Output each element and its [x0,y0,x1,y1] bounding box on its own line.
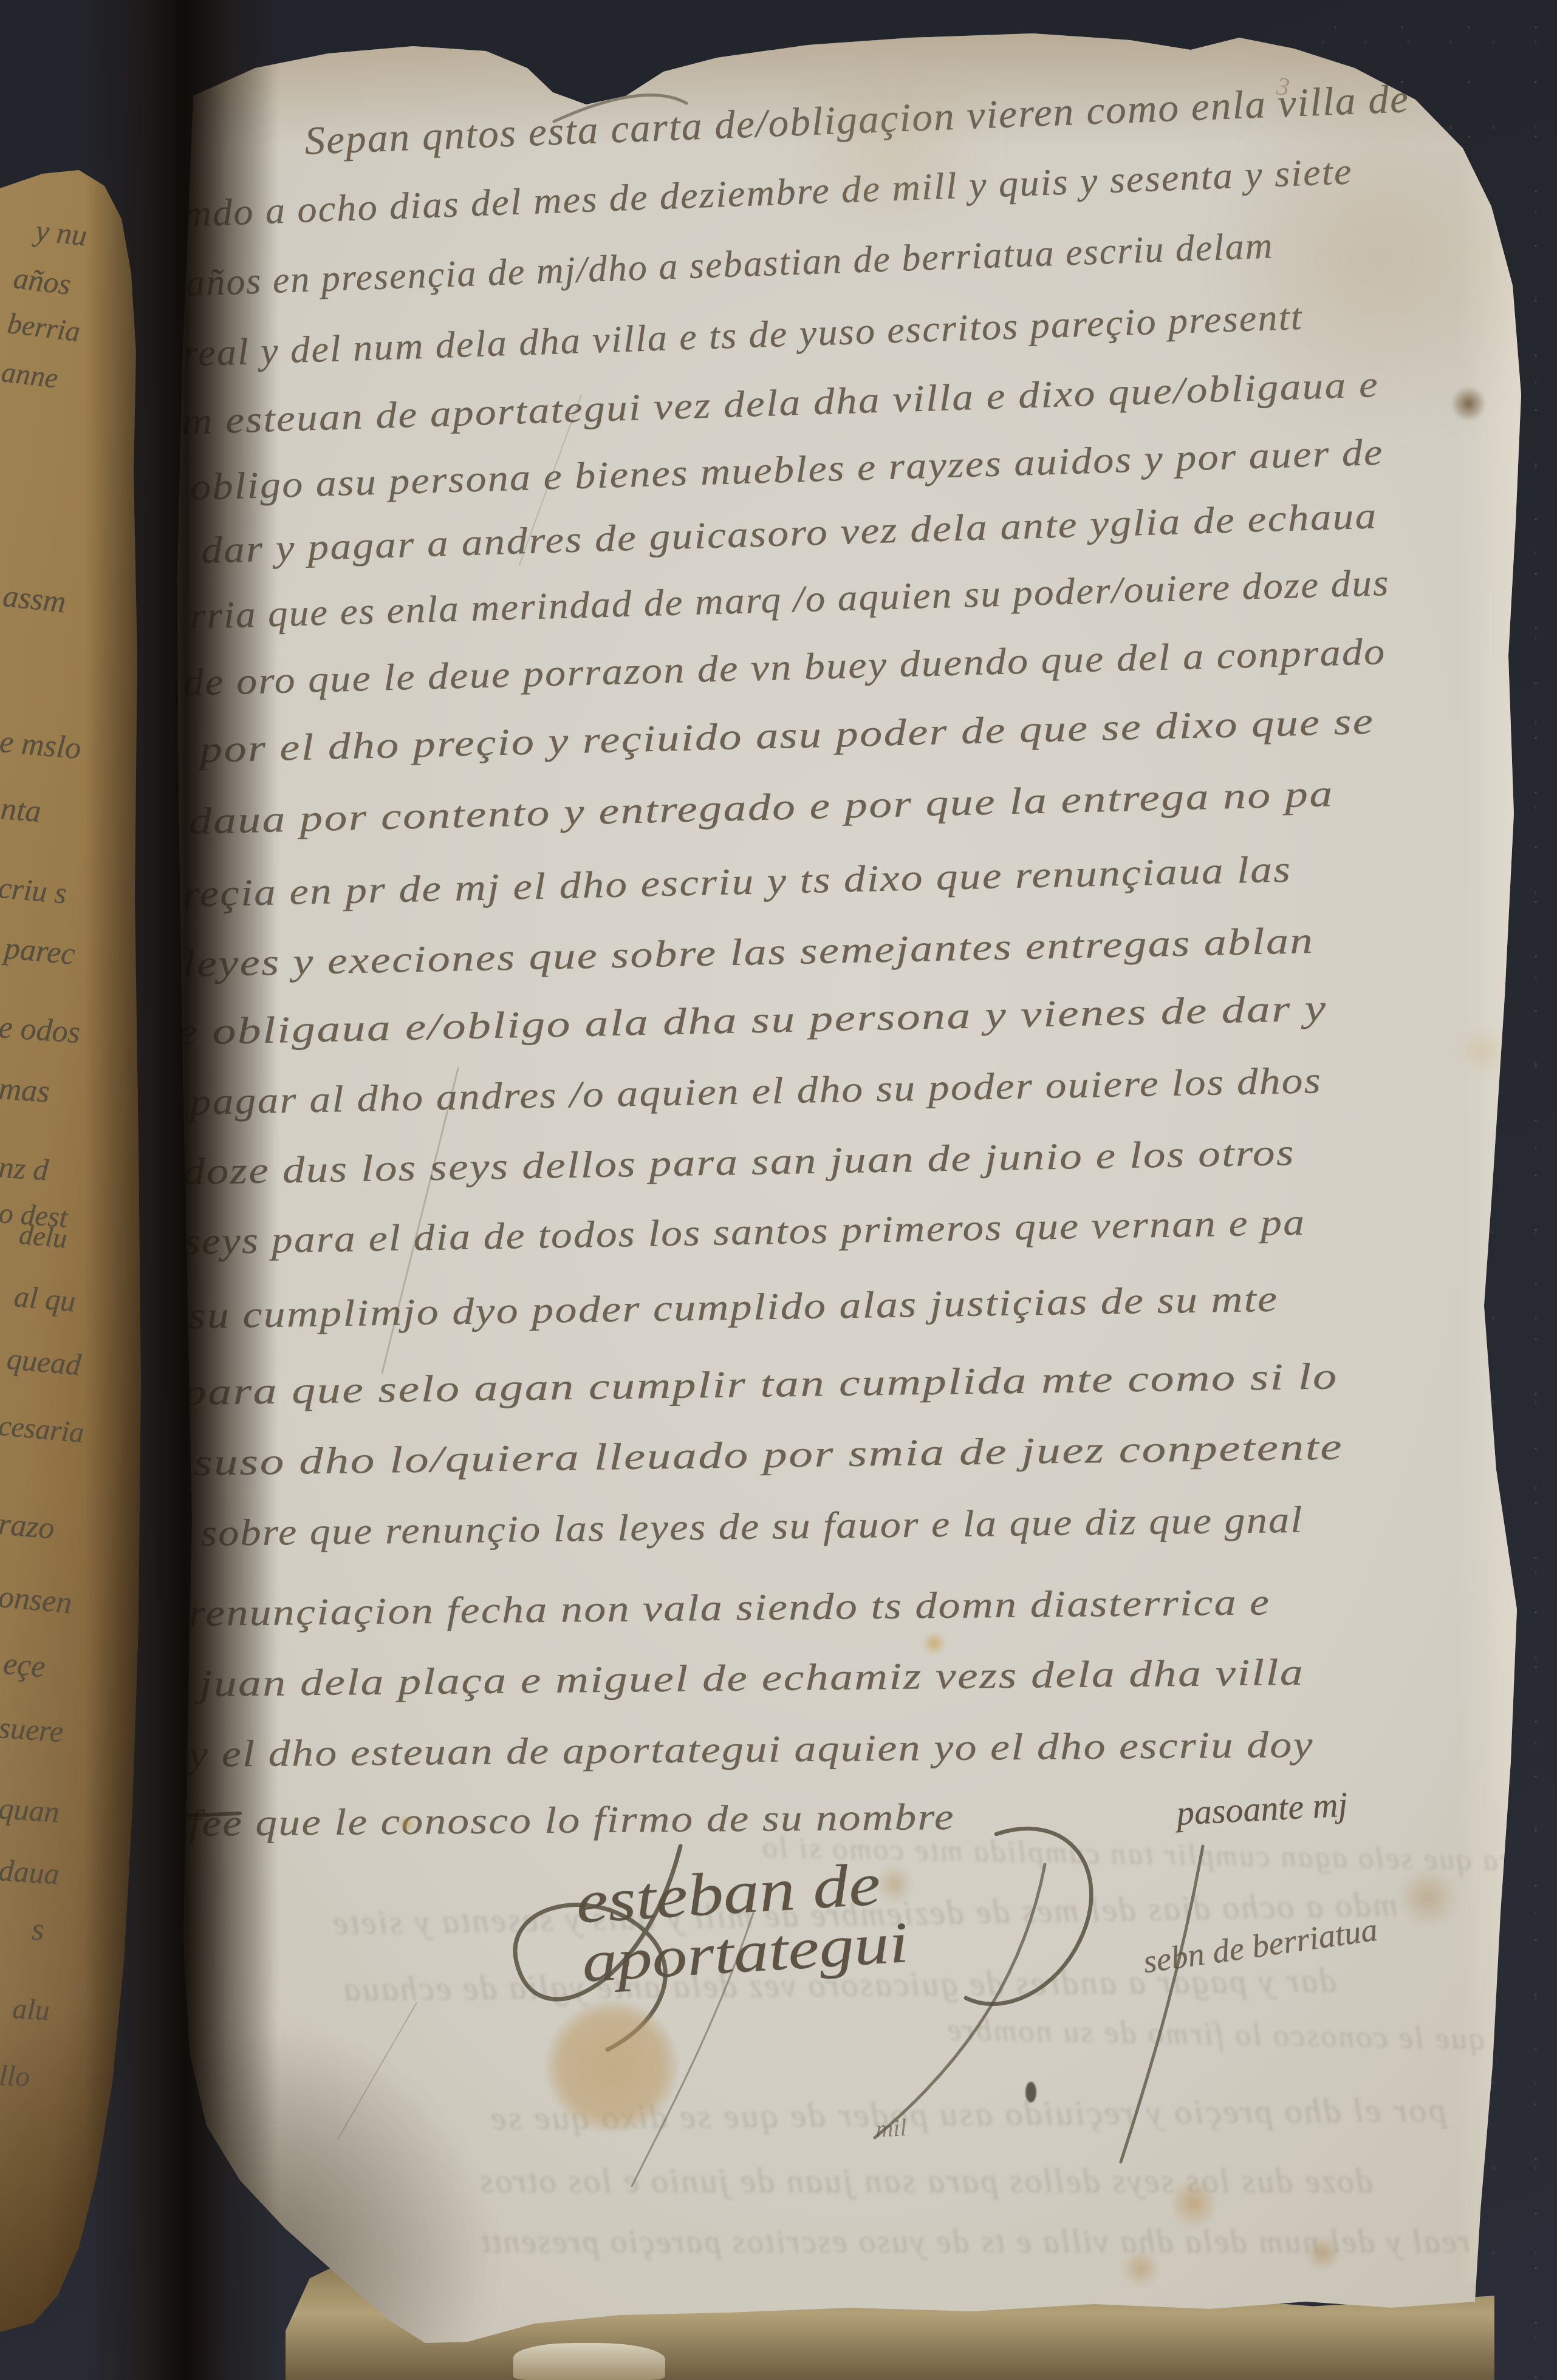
manuscript-line: por el dho preçio y reçiuido asu poder d… [199,700,1375,772]
facing-fragment: años [12,260,73,302]
facing-fragment: quan [0,1790,61,1830]
manuscript-line: dar y pagar a andres de guicasoro vez de… [200,495,1378,573]
manuscript-line: doze dus los seys dellos para san juan d… [182,1131,1295,1194]
facing-fragment: daua [0,1852,61,1892]
manuscript-line: reçia en pr de mj el dho escriu y ts dix… [182,848,1292,916]
manuscript-line: leyes y execiones que sobre las semejant… [182,919,1315,986]
bleedthrough-line: fee que le conosco lo firmo de su nombre [945,2012,1537,2058]
manuscript-page: mdo a ocho dias del mes de deziembre de … [0,0,1557,2380]
facing-page: y nu años berria anne assm e mslo nta cr… [0,170,145,2332]
manuscript-line: pagar al dho andres /o aquien el dho su … [190,1059,1323,1124]
manuscript-line: seys para el dia de todos los santos pri… [183,1201,1306,1264]
bleedthrough-line: por el dho preçio y reçiuido asu poder d… [489,2089,1446,2138]
facing-fragment: delu [18,1218,69,1255]
facing-fragment: e mslo [0,724,83,766]
facing-fragment: onsen [0,1579,74,1621]
facing-fragment: berria [5,307,82,349]
manuscript-line: juan dela plaça e miguel de echamiz vezs… [199,1651,1305,1706]
page-stack-chip [513,2343,665,2380]
facing-fragment: razo [0,1506,56,1547]
manuscript-line: años en presençia de mj/dho a sebastian … [185,224,1275,305]
manuscript-line: y el dho esteuan de aportategui aquien y… [188,1724,1314,1776]
manuscript-line: fee que le conosco lo firmo de su nombre [188,1796,955,1846]
facing-fragment: parec [3,930,77,972]
facing-fragment: anne [0,355,60,395]
facing-fragment: mas [0,1071,51,1110]
facing-fragment: e odos [0,1009,81,1051]
manuscript-line: mdo a ocho dias del mes de deziembre de … [182,150,1353,236]
facing-fragment: quead [5,1341,83,1382]
facing-fragment: llo [0,2059,31,2094]
manuscript-line: de oro que le deue porrazon de vn buey d… [182,630,1386,705]
facing-fragment: al qu [13,1278,77,1319]
facing-fragment: nz d [0,1149,50,1188]
manuscript-line: real y del num dela dha villa e ts de yu… [182,296,1304,376]
manuscript-line: suso dho lo/quiera lleuado por smia de j… [193,1426,1344,1485]
facing-fragment: assm [1,578,68,621]
facing-fragment: criu s [0,870,68,911]
facing-fragment: s [32,1912,44,1948]
facing-fragment: eçe [2,1646,47,1685]
manuscript-line: m esteuan de aportategui vez dela dha vi… [181,363,1380,444]
facing-fragment: suere [0,1710,64,1749]
manuscript-line: sobre que renunçio las leyes de su fauor… [200,1499,1304,1555]
facing-fragment: y nu [34,213,89,253]
manuscript-line: e obligaua e/obligo ala dha su persona y… [176,987,1327,1054]
notary-attestation: pasoante mj [1175,1784,1349,1833]
facing-fragment: alu [12,1992,50,2027]
manuscript-line: obligo asu persona e bienes muebles e ra… [190,431,1384,510]
stain [922,1631,946,1655]
facing-fragment: nta [0,791,43,830]
bleedthrough-line: real y del num dela dha villa e ts de yu… [480,2223,1470,2260]
manuscript-line: rria que es enla merindad de marq /o aqu… [190,562,1390,638]
foot-mark: mil [875,2113,908,2143]
manuscript-line: daua por contento y entregado e por que … [188,772,1334,844]
manuscript-line: renunçiaçion fecha non vala siendo ts do… [188,1581,1271,1635]
bleedthrough-line: doze dus los seys dellos para san juan d… [479,2162,1373,2201]
manuscript-line: su cumplimjo dyo poder cumplido alas jus… [188,1278,1279,1338]
manuscript-line: para que selo agan cumplir tan cumplida … [182,1355,1338,1414]
photo-backdrop: y nu años berria anne assm e mslo nta cr… [0,0,1557,2380]
facing-fragment: cesaria [0,1409,86,1450]
